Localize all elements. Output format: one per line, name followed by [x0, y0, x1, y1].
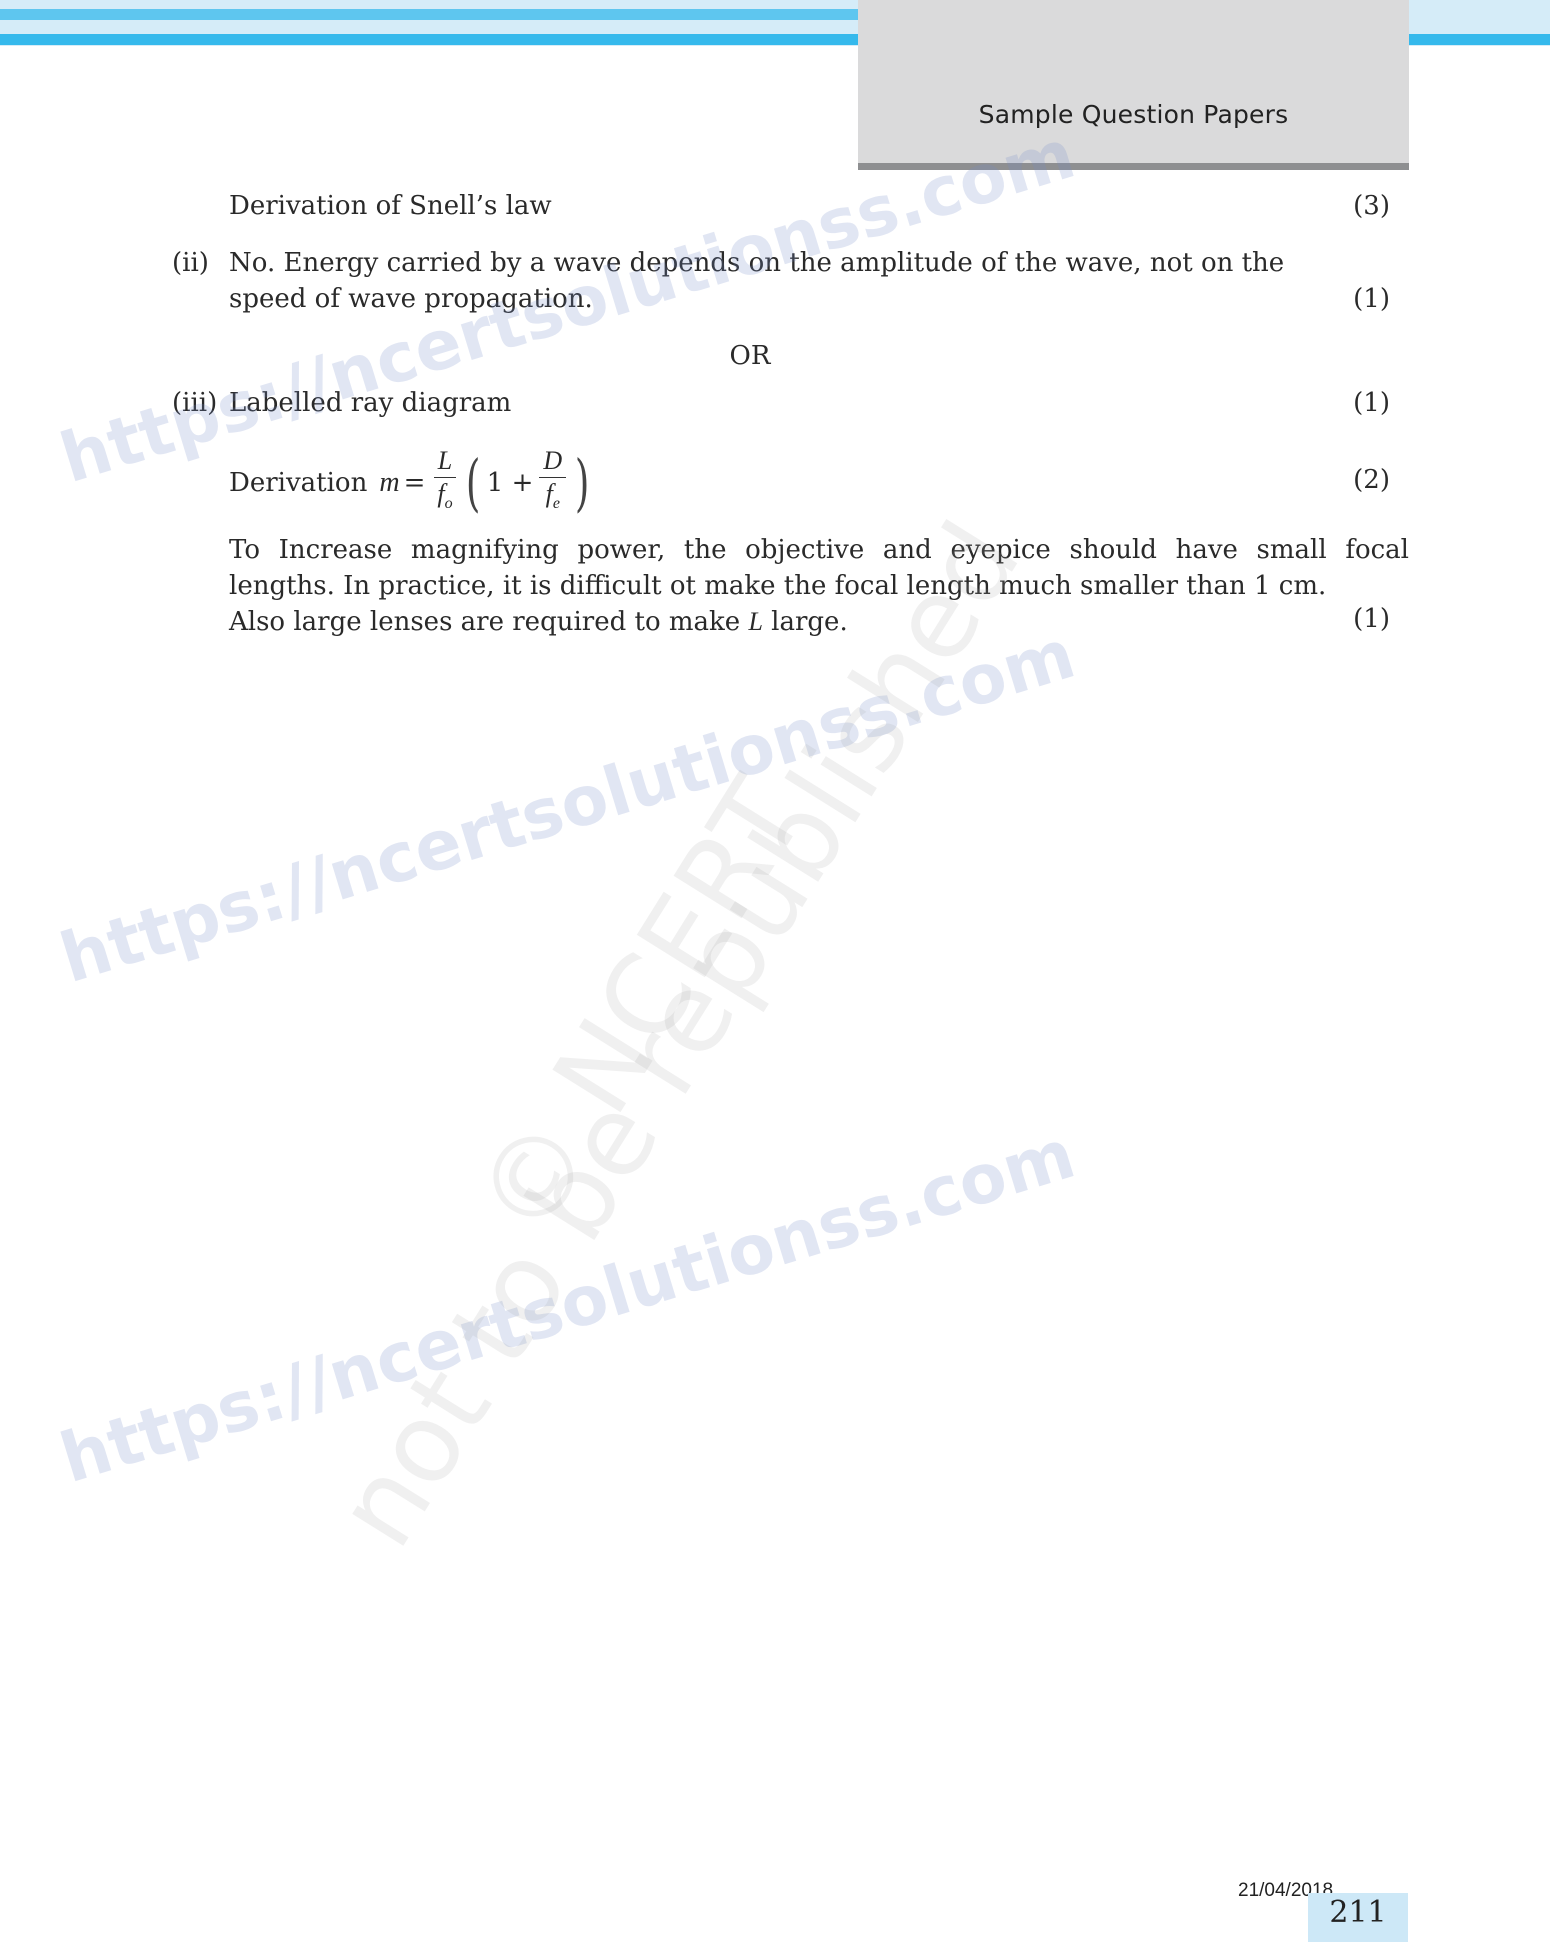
right-paren: ) [575, 452, 590, 514]
fraction-numerator: L [434, 445, 456, 478]
subscript-o: o [445, 496, 453, 513]
item-ii-label: (ii) [172, 246, 209, 280]
magnification-formula: Derivation m = L fo ( 1 + D fe ) [229, 443, 594, 523]
snell-derivation-text: Derivation of Snell’s law [229, 189, 552, 223]
paragraph-marks: (1) [1353, 602, 1390, 636]
running-head-box [858, 0, 1409, 163]
paragraph-line3: Also large lenses are required to make L… [229, 604, 1409, 640]
paragraph-line2: lengths. In practice, it is difficult ot… [229, 568, 1409, 604]
fraction-l-over-fo: L fo [433, 445, 456, 520]
paragraph-line1: To Increase magnifying power, the object… [229, 532, 1409, 568]
paragraph-line3-text: Also large lenses are required to make [229, 607, 748, 637]
variable-l: L [748, 607, 762, 636]
focal-symbol: f [437, 479, 444, 508]
running-head-title: Sample Question Papers [858, 100, 1409, 129]
left-paren: ( [465, 452, 480, 514]
focal-symbol: f [546, 479, 553, 508]
item-iii-marks: (1) [1353, 386, 1390, 420]
fraction-numerator: D [539, 445, 566, 478]
page-number: 211 [1308, 1895, 1408, 1930]
url-watermark: https://ncertsolutionss.com [52, 115, 1084, 499]
snell-marks: (3) [1353, 189, 1390, 223]
magnifying-power-paragraph: To Increase magnifying power, the object… [229, 532, 1409, 640]
fraction-denominator: fe [542, 478, 564, 520]
subscript-e: e [553, 496, 560, 513]
formula-one-plus: 1 + [487, 468, 534, 498]
formula-lhs: m [379, 467, 399, 499]
derivation-marks: (2) [1353, 463, 1390, 497]
republish-watermark: not to be republished [311, 501, 1044, 1568]
formula-prefix: Derivation [229, 468, 367, 498]
or-divider: OR [0, 341, 1500, 371]
paragraph-line3-end: large. [763, 607, 848, 637]
formula-equals: = [404, 468, 426, 498]
fraction-d-over-fe: D fe [539, 445, 566, 520]
item-ii-marks: (1) [1353, 282, 1390, 316]
fraction-denominator: fo [433, 478, 456, 520]
